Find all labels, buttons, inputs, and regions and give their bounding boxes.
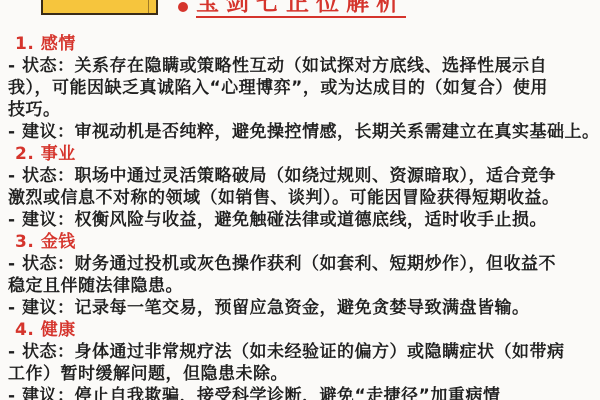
- love-advice-line: - 建议：审视动机是否纯粹，避免操控情感，长期关系需建立在真实基础上。: [8, 121, 600, 143]
- health-status-line-1: - 状态：身体通过非常规疗法（如未经验证的偏方）或隐瞒症状（如带病: [8, 341, 600, 363]
- money-status-line-1: - 状态：财务通过投机或灰色操作获利（如套利、短期炒作），但收益不: [8, 253, 600, 275]
- love-status-line-3: 技巧。: [8, 99, 600, 121]
- health-advice-line: - 建议：停止自我欺骗，接受科学诊断，避免“走捷径”加重病情: [8, 385, 600, 400]
- label-edge-line: [148, 0, 150, 13]
- section-heading-money: 3. 金钱: [8, 231, 600, 253]
- career-advice-line: - 建议：权衡风险与收益，避免触碰法律或道德底线，适时收手止损。: [8, 209, 600, 231]
- career-status-line-1: - 状态：职场中通过灵活策略破局（如绕过规则、资源暗取），适合竞争: [8, 165, 600, 187]
- love-status-line-1: - 状态：关系存在隐瞒或策略性互动（如试探对方底线、选择性展示自: [8, 55, 600, 77]
- tarot-analysis-page: 宝剑七正位解析 1. 感情 - 状态：关系存在隐瞒或策略性互动（如试探对方底线、…: [0, 0, 600, 400]
- page-title: 宝剑七正位解析: [196, 0, 406, 18]
- yellow-label-box: [41, 0, 158, 15]
- health-status-line-2: 工作）暂时缓解问题，但隐患未除。: [8, 363, 600, 385]
- love-status-line-2: 我），可能因缺乏真诚陷入“心理博弈”，或为达成目的（如复合）使用: [8, 77, 600, 99]
- section-heading-love: 1. 感情: [8, 33, 600, 55]
- bullet-icon: [178, 2, 188, 12]
- money-status-line-2: 稳定且伴随法律隐患。: [8, 275, 600, 297]
- section-heading-career: 2. 事业: [8, 143, 600, 165]
- money-advice-line: - 建议：记录每一笔交易，预留应急资金，避免贪婪导致满盘皆输。: [8, 297, 600, 319]
- career-status-line-2: 激烈或信息不对称的领域（如销售、谈判）。可能因冒险获得短期收益。: [8, 187, 600, 209]
- analysis-content: 1. 感情 - 状态：关系存在隐瞒或策略性互动（如试探对方底线、选择性展示自 我…: [8, 33, 600, 400]
- section-heading-health: 4. 健康: [8, 319, 600, 341]
